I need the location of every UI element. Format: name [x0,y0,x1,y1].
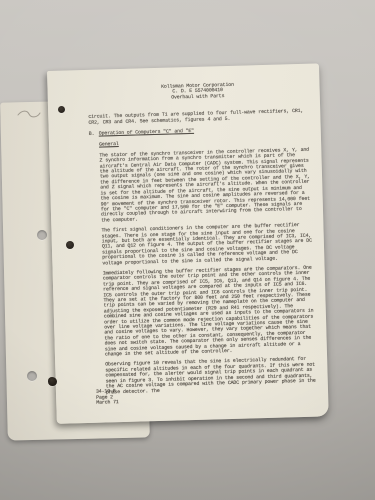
pencil-mark [16,106,42,120]
hole-punch [58,106,65,113]
section-heading: B. Operation of Computers "C" and "E" [89,126,311,138]
section-title: Operation of Computers "C" and "E" [99,129,194,137]
page-footer: 34-10-8 Page 2 March 71 [96,389,119,406]
body-paragraph: Observing figure 10 reveals that the sin… [105,357,318,395]
body-paragraph: Immediately following the buffer rectifi… [103,266,317,358]
body-paragraph: The stator of the synchro transceiver in… [99,147,313,223]
footer-date: March 71 [96,400,119,406]
photo-of-document: Kollsman Motor Corporation C. D. E 55740… [0,0,375,500]
document-page: Kollsman Motor Corporation C. D. E 55740… [47,63,329,423]
body-paragraph: The first signal conditioners in the com… [101,223,314,267]
typed-text-block: Kollsman Motor Corporation C. D. E 55740… [47,63,329,423]
subsection-title: General [99,141,119,148]
document-header: Kollsman Motor Corporation C. D. E 55740… [87,81,309,103]
hole-punch [48,377,57,386]
hole-punch [27,371,37,381]
intro-paragraph: circuit. The outputs from T1 are supplie… [88,109,310,126]
hole-punch [66,241,74,249]
section-label: B. [89,132,99,138]
hole-punch [37,230,47,240]
